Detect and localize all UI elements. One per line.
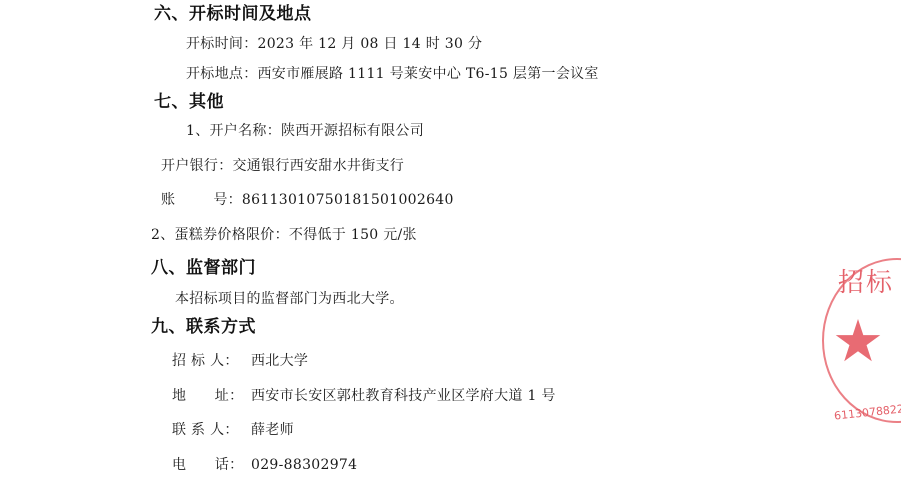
contact-label: 联 系 人： bbox=[172, 421, 251, 439]
bid-opening-place: 开标地点：西安市雁展路 1111 号莱安中心 T6-15 层第一会议室 bbox=[186, 65, 599, 83]
contact-label: 招 标 人： bbox=[172, 352, 251, 370]
contact-label: 电 话： bbox=[172, 456, 251, 474]
price-limit-line: 2、蛋糕券价格限价：不得低于 150 元/张 bbox=[151, 226, 417, 244]
section-8-heading: 八、监督部门 bbox=[151, 257, 256, 279]
contact-row-address: 地 址：西安市长安区郭杜教育科技产业区学府大道 1 号 bbox=[172, 387, 556, 405]
section-9-heading: 九、联系方式 bbox=[151, 316, 256, 338]
supervision-body: 本招标项目的监督部门为西北大学。 bbox=[175, 290, 404, 308]
account-name-line: 1、开户名称：陕西开源招标有限公司 bbox=[186, 122, 424, 140]
contact-value: 029-88302974 bbox=[251, 457, 357, 473]
seal-text: 招标 bbox=[838, 262, 894, 299]
section-6-heading: 六、开标时间及地点 bbox=[154, 3, 312, 25]
contact-row-tenderer: 招 标 人：西北大学 bbox=[172, 352, 308, 370]
account-label-2: 号： bbox=[213, 192, 242, 208]
contact-label: 地 址： bbox=[172, 387, 251, 405]
contact-value: 薛老师 bbox=[251, 422, 294, 438]
bid-opening-time: 开标时间：2023 年 12 月 08 日 14 时 30 分 bbox=[186, 35, 482, 53]
bank-line: 开户银行：交通银行西安甜水井街支行 bbox=[161, 157, 404, 175]
account-label-1: 账 bbox=[161, 192, 175, 208]
section-7-heading: 七、其他 bbox=[154, 91, 224, 113]
contact-value: 西北大学 bbox=[251, 353, 308, 369]
contact-value: 西安市长安区郭杜教育科技产业区学府大道 1 号 bbox=[251, 388, 556, 404]
official-seal: 招标 ★ 6113078822 bbox=[812, 248, 901, 428]
contact-row-phone: 电 话：029-88302974 bbox=[172, 456, 357, 474]
account-number: 861130107501815010026​40 bbox=[242, 192, 454, 208]
account-number-line: 账号：861130107501815010026​40 bbox=[161, 191, 454, 209]
contact-row-person: 联 系 人：薛老师 bbox=[172, 421, 294, 439]
star-icon: ★ bbox=[832, 312, 884, 370]
